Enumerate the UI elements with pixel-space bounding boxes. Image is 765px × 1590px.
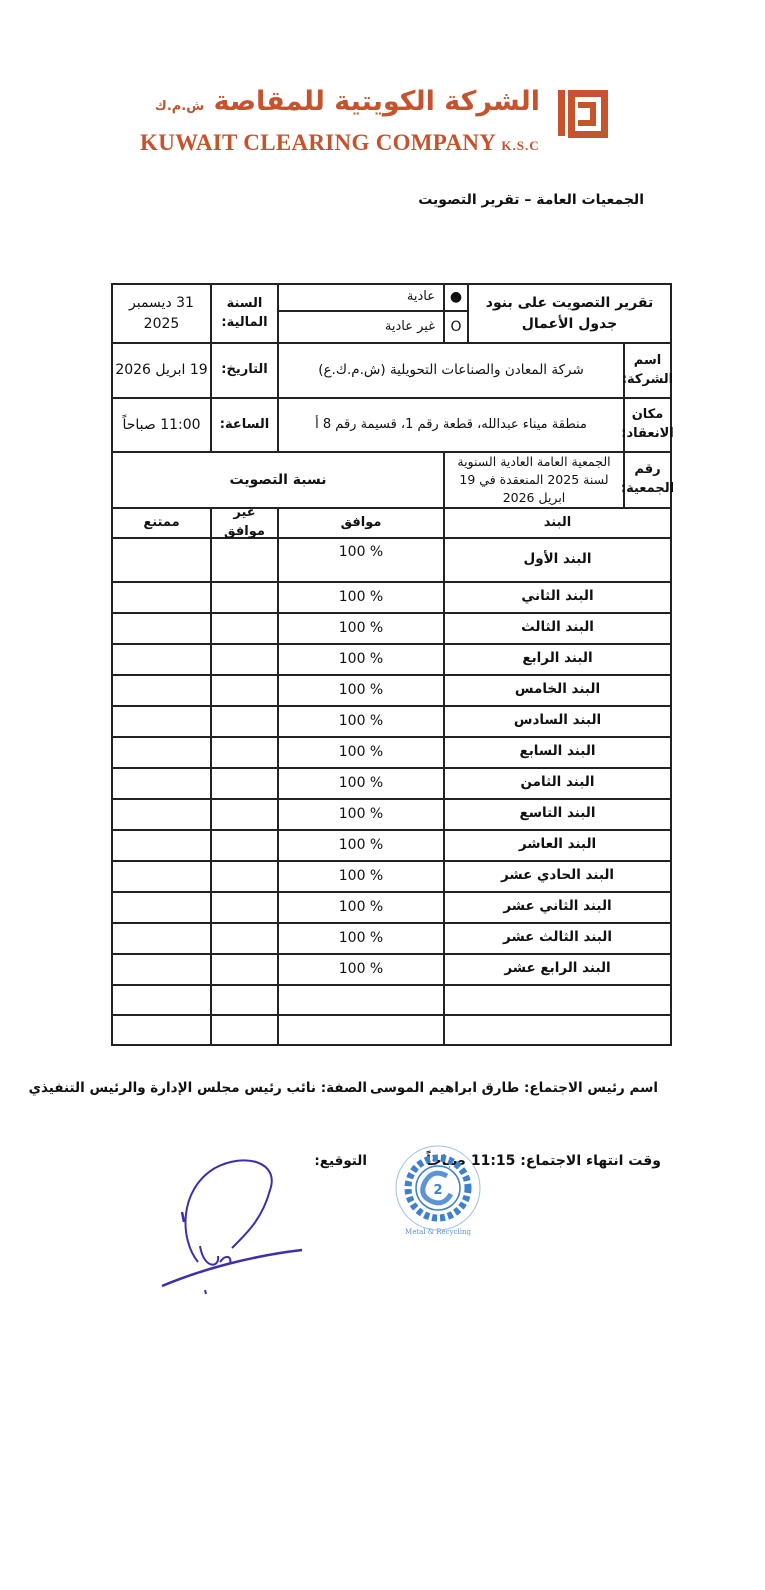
reject-cell (212, 1015, 277, 1044)
approve-cell: 100 % (279, 954, 443, 984)
vote-ratio-label: نسبة التصويت (113, 453, 443, 507)
item-cell (445, 1015, 670, 1044)
company-stamp-icon: 2 Metal & Recycling (385, 1138, 491, 1238)
approve-cell: 100 % (279, 861, 443, 891)
radio-ordinary[interactable]: ● (445, 285, 467, 310)
company-label: اسم الشركة: (625, 344, 670, 397)
abstain-cell (113, 644, 210, 674)
abstain-cell (113, 582, 210, 612)
fiscal-year-label: السنة المالية: (212, 285, 277, 342)
date-value: 19 ابريل 2026 (113, 344, 210, 397)
abstain-cell (113, 985, 210, 1014)
reject-cell (212, 985, 277, 1014)
reject-cell (212, 830, 277, 860)
approve-cell: 100 % (279, 675, 443, 705)
reject-cell (212, 923, 277, 953)
position-line: الصفة: نائب رئيس مجلس الإدارة والرئيس ال… (29, 1080, 367, 1096)
option-ordinary-label: عادية (279, 285, 443, 310)
approve-cell: 100 % (279, 706, 443, 736)
approve-cell: 100 % (279, 830, 443, 860)
date-label: التاريخ: (212, 344, 277, 397)
item-cell: البند الخامس (445, 675, 670, 705)
approve-cell: 100 % (279, 923, 443, 953)
reject-cell (212, 768, 277, 798)
item-cell: البند الثالث (445, 613, 670, 643)
item-cell: البند الأول (445, 538, 670, 581)
document-subtitle: الجمعيات العامة – تقرير التصويت (330, 192, 644, 208)
venue-label: مكان الانعقاد: (625, 399, 670, 451)
company-logo-icon (558, 88, 610, 140)
abstain-cell (113, 923, 210, 953)
approve-cell: 100 % (279, 538, 443, 581)
reject-cell (212, 954, 277, 984)
item-cell: البند الرابع (445, 644, 670, 674)
approve-cell (279, 1015, 443, 1044)
item-cell: البند الحادي عشر (445, 861, 670, 891)
signature-label: التوقيع: (314, 1153, 367, 1169)
reject-cell (212, 582, 277, 612)
abstain-cell (113, 830, 210, 860)
assembly-value: الجمعية العامة العادية السنوية لسنة 2025… (445, 453, 623, 507)
item-cell: البند الثالث عشر (445, 923, 670, 953)
reject-cell (212, 538, 277, 581)
item-cell: البند الثاني (445, 582, 670, 612)
approve-cell: 100 % (279, 613, 443, 643)
approve-cell: 100 % (279, 737, 443, 767)
reject-cell (212, 892, 277, 922)
reject-cell (212, 675, 277, 705)
company-name-arabic: الشركة الكويتية للمقاصة ش.م.ك (140, 86, 540, 117)
abstain-cell (113, 892, 210, 922)
reject-cell (212, 861, 277, 891)
approve-cell: 100 % (279, 768, 443, 798)
reject-cell (212, 706, 277, 736)
approve-cell: 100 % (279, 582, 443, 612)
item-cell: البند الرابع عشر (445, 954, 670, 984)
item-cell: البند السادس (445, 706, 670, 736)
reject-cell (212, 737, 277, 767)
signature-icon (160, 1150, 310, 1300)
abstain-cell (113, 737, 210, 767)
item-cell: البند التاسع (445, 799, 670, 829)
abstain-cell (113, 613, 210, 643)
item-cell: البند الثاني عشر (445, 892, 670, 922)
fiscal-year-value: 31 ديسمبر 2025 (113, 285, 210, 342)
option-extraordinary-label: غير عادية (279, 312, 443, 342)
company-value: شركة المعادن والصناعات التحويلية (ش.م.ك.… (279, 344, 623, 397)
abstain-cell (113, 675, 210, 705)
svg-text:2: 2 (433, 1183, 442, 1198)
company-name-english: KUWAIT CLEARING COMPANY K.S.C (140, 130, 540, 156)
time-label: الساعة: (212, 399, 277, 451)
approve-cell: 100 % (279, 644, 443, 674)
approve-cell: 100 % (279, 799, 443, 829)
abstain-cell (113, 1015, 210, 1044)
radio-extraordinary[interactable]: O (445, 312, 467, 342)
col-header-reject: غير موافق (212, 509, 277, 537)
assembly-label: رقم الجمعية: (625, 453, 670, 507)
col-header-item: البند (445, 509, 670, 537)
item-cell: البند العاشر (445, 830, 670, 860)
item-cell: البند السابع (445, 737, 670, 767)
reject-cell (212, 613, 277, 643)
reject-cell (212, 644, 277, 674)
abstain-cell (113, 799, 210, 829)
abstain-cell (113, 706, 210, 736)
reject-cell (212, 799, 277, 829)
venue-value: منطقة ميناء عبدالله، قطعة رقم 1، قسيمة ر… (279, 399, 623, 451)
col-header-abstain: ممتنع (113, 509, 210, 537)
report-title: تقرير التصويت على بنود جدول الأعمال (469, 285, 670, 342)
abstain-cell (113, 861, 210, 891)
item-cell (445, 985, 670, 1014)
chairman-line: اسم رئيس الاجتماع: طارق ابراهيم الموسى (370, 1080, 658, 1096)
abstain-cell (113, 538, 210, 581)
approve-cell (279, 985, 443, 1014)
item-cell: البند الثامن (445, 768, 670, 798)
svg-text:Metal & Recycling: Metal & Recycling (405, 1228, 471, 1236)
abstain-cell (113, 954, 210, 984)
abstain-cell (113, 768, 210, 798)
approve-cell: 100 % (279, 892, 443, 922)
time-value: 11:00 صباحاً (113, 399, 210, 451)
col-header-approve: موافق (279, 509, 443, 537)
